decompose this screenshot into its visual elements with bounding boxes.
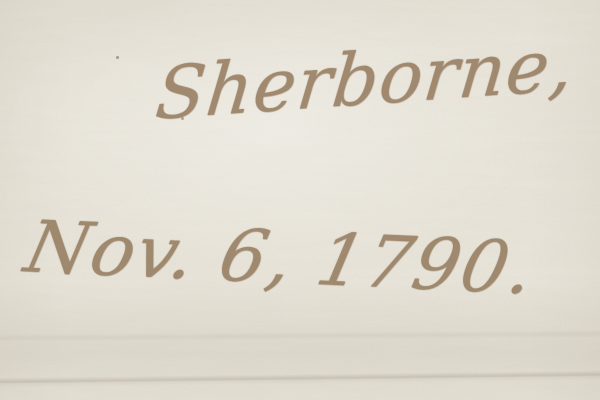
manuscript-paper: Sherborne, Nov. 6, 1790. [0,0,600,400]
ink-speck [116,56,119,59]
handwriting-date-line: Nov. 6, 1790. [18,205,544,310]
paper-texture [0,0,600,400]
handwriting-place-line: Sherborne, [152,22,578,136]
ink-speck [181,117,184,120]
paper-crease [0,370,600,388]
paper-crease-faint [0,330,600,342]
